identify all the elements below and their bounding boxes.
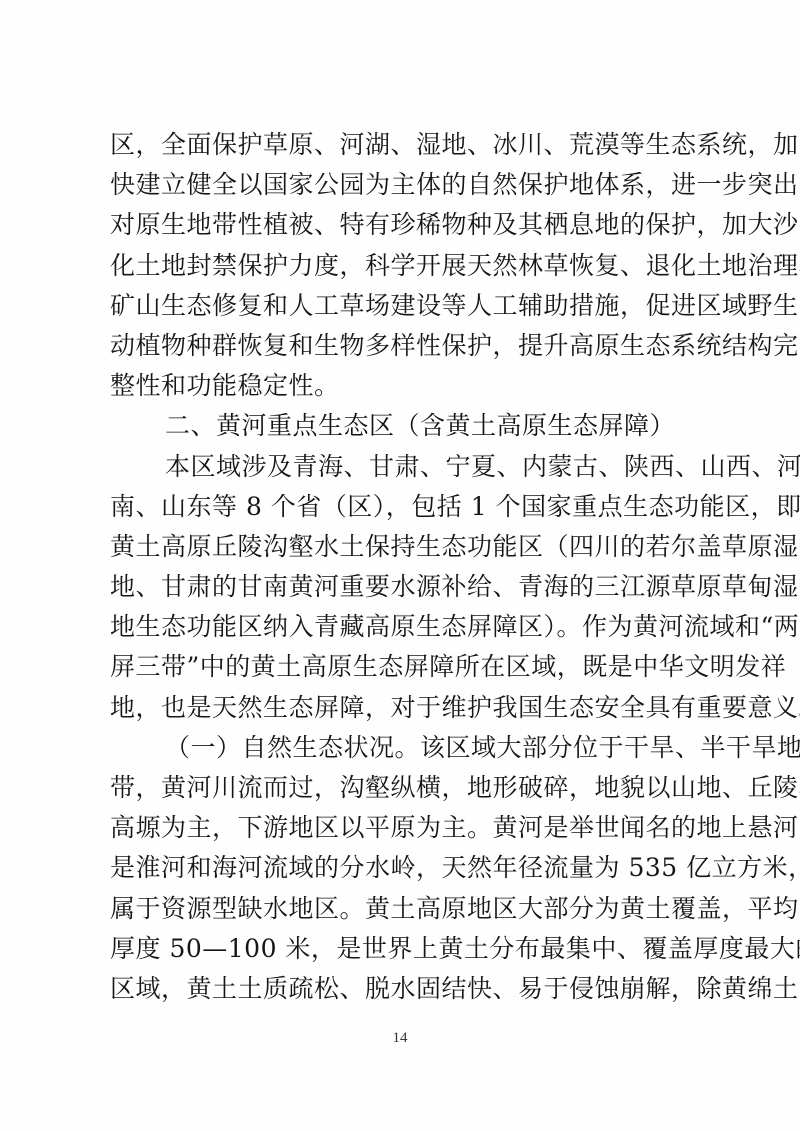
text-line: 整性和功能稳定性。 [110, 366, 694, 406]
text-line: 是淮河和海河流域的分水岭，天然年径流量为 535 亿立方米， [110, 848, 694, 888]
document-page: 区，全面保护草原、河湖、湿地、冰川、荒漠等生态系统，加 快建立健全以国家公园为主… [0, 0, 800, 1131]
text-line: 对原生地带性植被、特有珍稀物种及其栖息地的保护，加大沙 [110, 205, 694, 245]
text-line: 属于资源型缺水地区。黄土高原地区大部分为黄土覆盖，平均 [110, 889, 694, 929]
subsection-lead-line: （一）自然生态状况。该区域大部分位于干旱、半干旱地 [110, 728, 694, 768]
text-line: 本区域涉及青海、甘肃、宁夏、内蒙古、陕西、山西、河 [110, 447, 694, 487]
page-number: 14 [0, 1030, 800, 1047]
section-heading: 二、黄河重点生态区（含黄土高原生态屏障） [110, 406, 694, 446]
text-line: 快建立健全以国家公园为主体的自然保护地体系，进一步突出 [110, 165, 694, 205]
text-line: 化土地封禁保护力度，科学开展天然林草恢复、退化土地治理、 [110, 246, 694, 286]
document-body: 区，全面保护草原、河湖、湿地、冰川、荒漠等生态系统，加 快建立健全以国家公园为主… [110, 125, 694, 1009]
text-line: 矿山生态修复和人工草场建设等人工辅助措施，促进区域野生 [110, 286, 694, 326]
text-line: 动植物种群恢复和生物多样性保护，提升高原生态系统结构完 [110, 326, 694, 366]
text-line: 厚度 50—100 米，是世界上黄土分布最集中、覆盖厚度最大的 [110, 929, 694, 969]
text-line: 区，全面保护草原、河湖、湿地、冰川、荒漠等生态系统，加 [110, 125, 694, 165]
text-line: 黄土高原丘陵沟壑水土保持生态功能区（四川的若尔盖草原湿 [110, 527, 694, 567]
text-line: 区域，黄土土质疏松、脱水固结快、易于侵蚀崩解，除黄绵土 [110, 969, 694, 1009]
text-line: 带，黄河川流而过，沟壑纵横，地形破碎，地貌以山地、丘陵、 [110, 768, 694, 808]
text-line: 高塬为主，下游地区以平原为主。黄河是举世闻名的地上悬河， [110, 808, 694, 848]
text-line: 南、山东等 8 个省（区），包括 1 个国家重点生态功能区，即 [110, 487, 694, 527]
text-line: 地，也是天然生态屏障，对于维护我国生态安全具有重要意义。 [110, 688, 694, 728]
text-line: 地、甘肃的甘南黄河重要水源补给、青海的三江源草原草甸湿 [110, 567, 694, 607]
text-line: 屏三带”中的黄土高原生态屏障所在区域，既是中华文明发祥 [110, 647, 694, 687]
text-line: 地生态功能区纳入青藏高原生态屏障区）。作为黄河流域和“两 [110, 607, 694, 647]
